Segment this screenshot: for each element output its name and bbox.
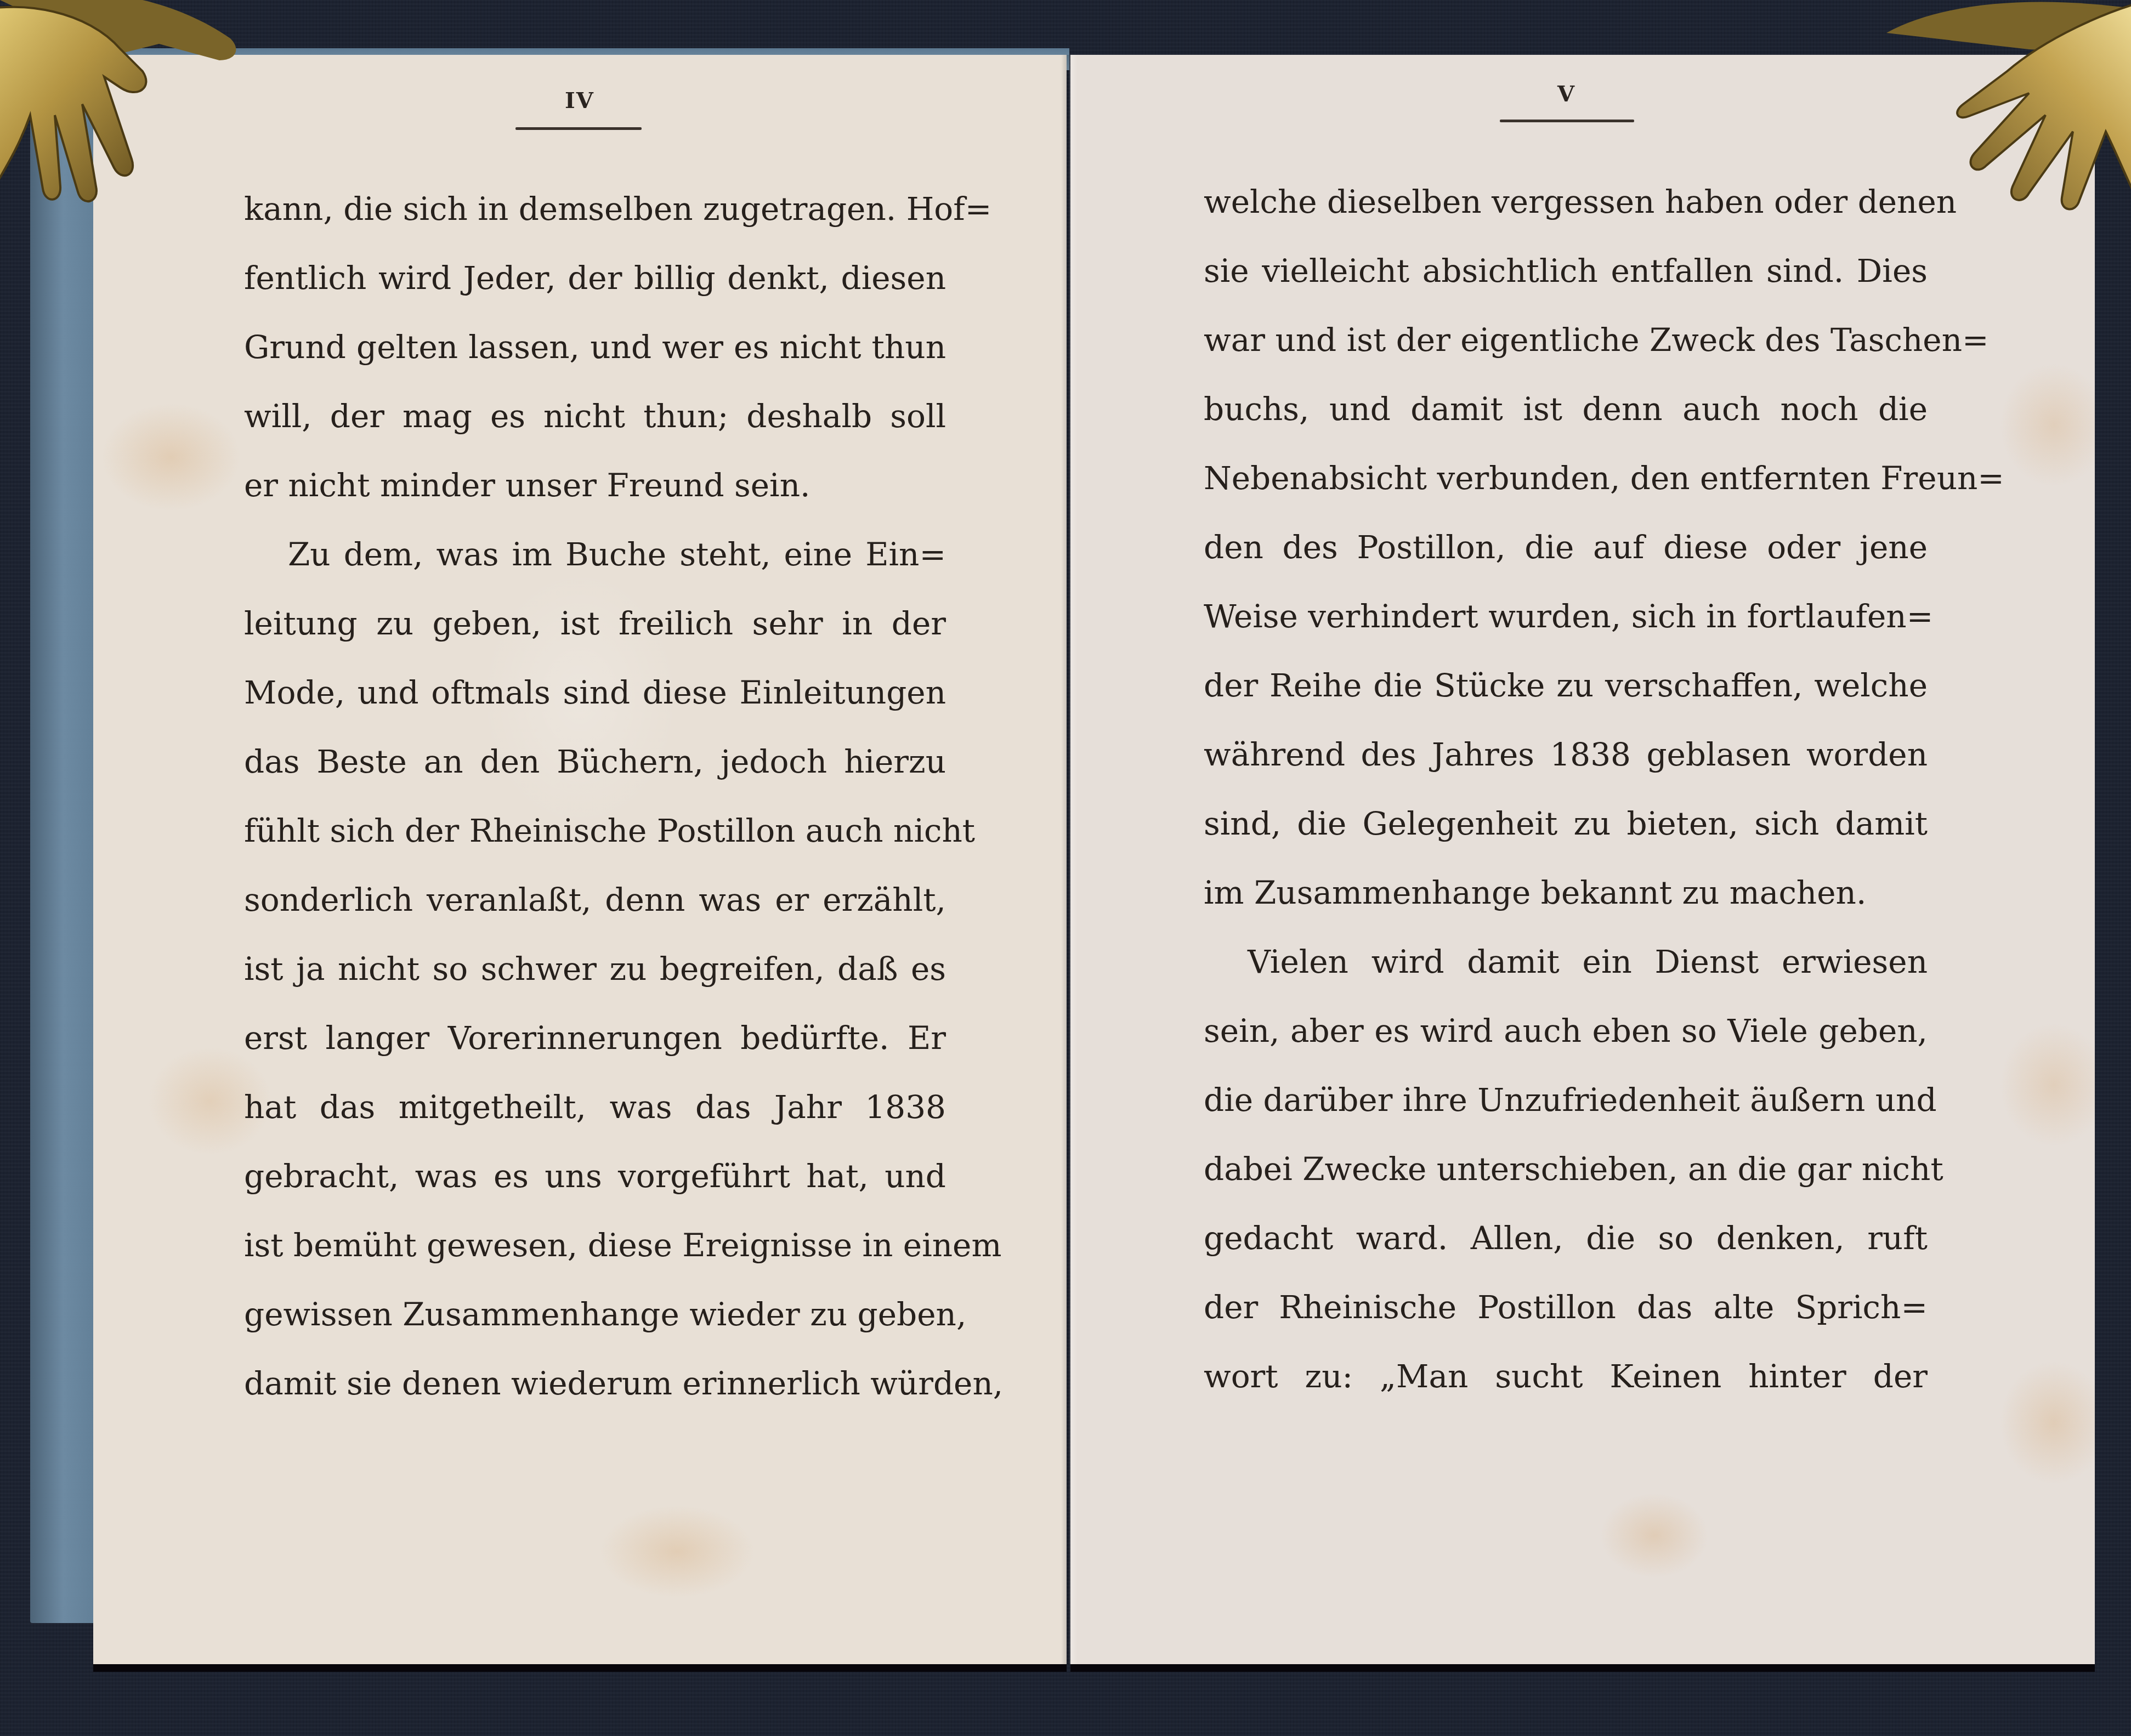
left-page-text: kann, die sich in demselben zugetragen. …: [244, 174, 946, 1418]
text-line: Grund gelten lassen, und wer es nicht th…: [244, 313, 946, 382]
text-line: hat das mitgetheilt, was das Jahr 1838: [244, 1073, 946, 1142]
text-line: fentlich wird Jeder, der billig denkt, d…: [244, 243, 946, 313]
text-line: dabei Zwecke unterschieben, an die gar n…: [1204, 1134, 1928, 1204]
right-page-number: V: [1557, 81, 1575, 107]
text-line: während des Jahres 1838 geblasen worden: [1204, 720, 1928, 789]
text-line: gedacht ward. Allen, die so denken, ruft: [1204, 1204, 1928, 1273]
text-line: ist bemüht gewesen, diese Ereignisse in …: [244, 1211, 946, 1280]
text-line: buchs, und damit ist denn auch noch die: [1204, 375, 1928, 444]
text-line: welche dieselben vergessen haben oder de…: [1204, 167, 1928, 236]
right-page-header-rule: [1500, 120, 1634, 122]
text-line: damit sie denen wiederum erinnerlich wür…: [244, 1349, 946, 1418]
text-line: leitung zu geben, ist freilich sehr in d…: [244, 589, 946, 658]
text-line: Weise verhindert wurden, sich in fortlau…: [1204, 582, 1928, 651]
text-line: sonderlich veranlaßt, denn was er erzähl…: [244, 865, 946, 934]
text-line: der Reihe die Stücke zu verschaffen, wel…: [1204, 651, 1928, 720]
text-line: kann, die sich in demselben zugetragen. …: [244, 174, 946, 243]
text-line: die darüber ihre Unzufriedenheit äußern …: [1204, 1065, 1928, 1134]
text-line: Nebenabsicht verbunden, den entfernten F…: [1204, 444, 1928, 513]
text-line: er nicht minder unser Freund sein.: [244, 451, 946, 520]
right-page-text: welche dieselben vergessen haben oder de…: [1204, 167, 1928, 1411]
text-line: war und ist der eigentliche Zweck des Ta…: [1204, 305, 1928, 375]
text-line: sein, aber es wird auch eben so Viele ge…: [1204, 996, 1928, 1065]
text-line: gewissen Zusammenhange wieder zu geben,: [244, 1280, 946, 1349]
text-line: Vielen wird damit ein Dienst erwiesen: [1204, 927, 1928, 996]
text-line: sind, die Gelegenheit zu bieten, sich da…: [1204, 789, 1928, 858]
left-page-header-rule: [515, 127, 642, 130]
text-line: im Zusammenhange bekannt zu machen.: [1204, 858, 1928, 927]
text-line: der Rheinische Postillon das alte Sprich…: [1204, 1273, 1928, 1342]
text-line: das Beste an den Büchern, jedoch hierzu: [244, 727, 946, 796]
left-page-number: IV: [565, 88, 594, 114]
text-line: fühlt sich der Rheinische Postillon auch…: [244, 796, 946, 865]
text-line: gebracht, was es uns vorgeführt hat, und: [244, 1142, 946, 1211]
text-line: will, der mag es nicht thun; deshalb sol…: [244, 382, 946, 451]
brass-hand-clip-right-icon: [1864, 0, 2131, 252]
text-line: wort zu: „Man sucht Keinen hinter der: [1204, 1342, 1928, 1411]
text-line: Mode, und oftmals sind diese Einleitunge…: [244, 658, 946, 727]
brass-hand-clip-left-icon: [0, 0, 263, 241]
text-line: den des Postillon, die auf diese oder je…: [1204, 513, 1928, 582]
book-gutter: [1061, 55, 1078, 1664]
text-line: sie vielleicht absichtlich entfallen sin…: [1204, 236, 1928, 305]
text-line: erst langer Vorerinnerungen bedürfte. Er: [244, 1003, 946, 1073]
text-line: ist ja nicht so schwer zu begreifen, daß…: [244, 934, 946, 1003]
text-line: Zu dem, was im Buche steht, eine Ein=: [244, 520, 946, 589]
